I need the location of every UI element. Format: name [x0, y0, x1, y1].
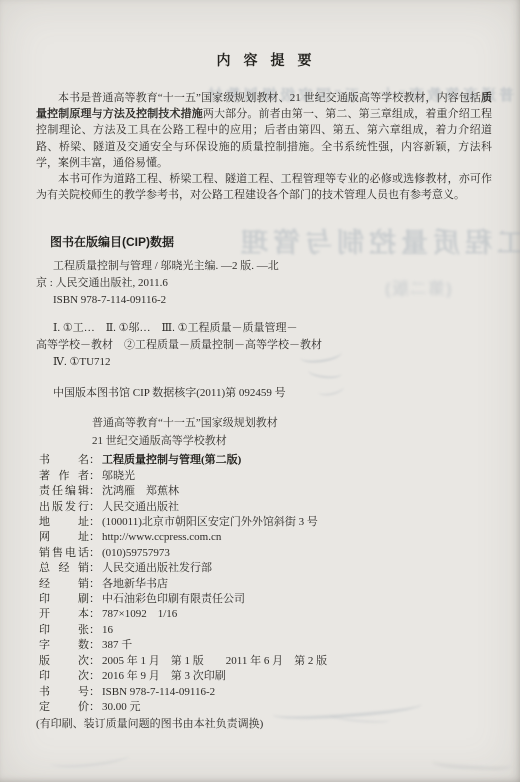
colophon-colon: ：: [89, 516, 100, 528]
colophon-value: (010)59757973: [102, 547, 170, 559]
colophon-colon: ：: [89, 608, 100, 620]
colophon-value: ISBN 978-7-114-09116-2: [102, 686, 215, 698]
colophon-value: 2016 年 9 月 第 3 次印刷: [102, 670, 226, 682]
colophon-label: 字数: [39, 638, 89, 653]
colophon-label: 书名: [39, 453, 89, 468]
colophon-label: 责任编辑: [39, 484, 89, 499]
colophon-colon: ：: [89, 470, 100, 482]
colophon-value: 387 千: [102, 639, 132, 651]
cip-desc-line: 工程质量控制与管理 / 邬晓光主编. —2 版. —北: [53, 258, 492, 275]
colophon-colon: ：: [89, 485, 100, 497]
colophon-label: 著作者: [39, 469, 89, 484]
colophon-colon: ：: [89, 593, 100, 605]
colophon-label: 网址: [39, 530, 89, 545]
colophon-row-editor: 责任编辑：沈鸿雁 郑蕉林: [39, 484, 492, 499]
colophon-colon: ：: [89, 547, 100, 559]
abstract-paragraph-2: 本书可作为道路工程、桥梁工程、隧道工程、工程管理等专业的必修或选修教材，亦可作为…: [36, 171, 492, 203]
colophon-label: 版次: [39, 654, 89, 669]
colophon-colon: ：: [89, 701, 100, 713]
abstract-paragraph-1: 本书是普通高等教育“十一五”国家级规划教材、21 世纪交通版高等学校教材，内容包…: [36, 90, 492, 171]
colophon-colon: ：: [89, 531, 100, 543]
colophon-row-sheets: 印张：16: [39, 623, 492, 638]
scan-edge-smudge: [432, 754, 513, 771]
colophon-value: 2005 年 1 月 第 1 版 2011 年 6 月 第 2 版: [102, 655, 327, 667]
abstract-p1-pre: 本书是普通高等教育“十一五”国家级规划教材、21 世纪交通版高等学校教材，内容包…: [58, 92, 481, 104]
colophon-label: 印次: [39, 669, 89, 684]
colophon-row-word-count: 字数：387 千: [39, 638, 492, 653]
colophon-label: 印张: [39, 623, 89, 638]
cip-class-line: 高等学校－教材 ②工程质量－质量控制－高等学校－教材: [36, 337, 492, 354]
handwriting-smudge: [49, 748, 130, 770]
cip-desc-line: 京 : 人民交通出版社, 2011.6: [36, 275, 492, 292]
cip-heading: 图书在版编目(CIP)数据: [50, 233, 492, 250]
colophon-row-price: 定价：30.00 元: [39, 700, 492, 715]
colophon-colon: ：: [89, 624, 100, 636]
colophon-label: 销售电话: [39, 546, 89, 561]
section-title: 内容提要: [36, 50, 492, 70]
colophon-row-author: 著作者：邬晓光: [39, 469, 492, 484]
colophon-value: 16: [102, 624, 113, 636]
colophon-row-format: 开本：787×1092 1/16: [39, 607, 492, 622]
colophon-row-book-title: 书名：工程质量控制与管理(第二版): [39, 453, 492, 468]
colophon-colon: ：: [89, 578, 100, 590]
colophon-value: 787×1092 1/16: [102, 608, 177, 620]
colophon-value: 人民交通出版社发行部: [102, 562, 212, 574]
colophon-row-printer: 印刷：中石油彩色印刷有限责任公司: [39, 592, 492, 607]
colophon-row-general-distributor: 总经销：人民交通出版社发行部: [39, 561, 492, 576]
colophon-colon: ：: [89, 670, 100, 682]
colophon-colon: ：: [89, 655, 100, 667]
colophon-value: (100011)北京市朝阳区安定门外外馆斜街 3 号: [102, 516, 318, 528]
cip-classification: Ⅰ. ①工… Ⅱ. ①邬… Ⅲ. ①工程质量－质量管理－ 高等学校－教材 ②工程…: [36, 320, 492, 371]
colophon-block: 书名：工程质量控制与管理(第二版) 著作者：邬晓光 责任编辑：沈鸿雁 郑蕉林 出…: [36, 453, 492, 732]
colophon-row-publisher: 出版发行：人民交通出版社: [39, 500, 492, 515]
colophon-value-url: http://www.ccpress.com.cn: [102, 531, 221, 543]
colophon-label: 总经销: [39, 561, 89, 576]
colophon-value: 沈鸿雁 郑蕉林: [102, 485, 179, 497]
colophon-colon: ：: [89, 562, 100, 574]
colophon-row-distributor: 经销：各地新华书店: [39, 577, 492, 592]
cip-record-number: 中国版本图书馆 CIP 数据核字(2011)第 092459 号: [53, 384, 492, 400]
colophon-colon: ：: [89, 501, 100, 513]
colophon-row-address: 地址：(100011)北京市朝阳区安定门外外馆斜街 3 号: [39, 515, 492, 530]
colophon-value: 工程质量控制与管理(第二版): [102, 454, 241, 466]
series-block: 普通高等教育“十一五”国家级规划教材 21 世纪交通版高等学校教材: [92, 415, 492, 450]
colophon-colon: ：: [89, 639, 100, 651]
exchange-note: (有印刷、装订质量问题的图书由本社负责调换): [36, 717, 492, 732]
cip-description: 工程质量控制与管理 / 邬晓光主编. —2 版. —北 京 : 人民交通出版社,…: [36, 258, 492, 309]
series-line: 普通高等教育“十一五”国家级规划教材: [92, 415, 492, 433]
abstract-block: 本书是普通高等教育“十一五”国家级规划教材、21 世纪交通版高等学校教材，内容包…: [36, 90, 492, 203]
colophon-label: 开本: [39, 607, 89, 622]
colophon-row-impression: 印次：2016 年 9 月 第 3 次印刷: [39, 669, 492, 684]
colophon-row-website: 网址：http://www.ccpress.com.cn: [39, 530, 492, 545]
colophon-row-edition: 版次：2005 年 1 月 第 1 版 2011 年 6 月 第 2 版: [39, 654, 492, 669]
colophon-value: 各地新华书店: [102, 578, 168, 590]
colophon-label: 出版发行: [39, 500, 89, 515]
colophon-value: 人民交通出版社: [102, 501, 179, 513]
colophon-label: 地址: [39, 515, 89, 530]
cip-class-line: Ⅰ. ①工… Ⅱ. ①邬… Ⅲ. ①工程质量－质量管理－: [53, 320, 492, 337]
colophon-label: 印刷: [39, 592, 89, 607]
colophon-colon: ：: [89, 454, 100, 466]
cip-class-line: Ⅳ. ①TU712: [53, 354, 492, 371]
colophon-value: 邬晓光: [102, 470, 135, 482]
colophon-value: 中石油彩色印刷有限责任公司: [102, 593, 245, 605]
colophon-label: 经销: [39, 577, 89, 592]
colophon-row-sales-phone: 销售电话：(010)59757973: [39, 546, 492, 561]
colophon-label: 书号: [39, 685, 89, 700]
page-content: 内容提要 本书是普通高等教育“十一五”国家级规划教材、21 世纪交通版高等学校教…: [0, 50, 520, 733]
colophon-colon: ：: [89, 686, 100, 698]
colophon-label: 定价: [39, 700, 89, 715]
cip-isbn-line: ISBN 978-7-114-09116-2: [53, 292, 492, 309]
colophon-value: 30.00 元: [102, 701, 141, 713]
colophon-row-isbn: 书号：ISBN 978-7-114-09116-2: [39, 685, 492, 700]
series-line: 21 世纪交通版高等学校教材: [92, 433, 492, 451]
scanned-copyright-page: 普通高等教育“十一五”国家级规划教材 工程质量控制与管理 (第二版) 内容提要 …: [0, 0, 520, 782]
